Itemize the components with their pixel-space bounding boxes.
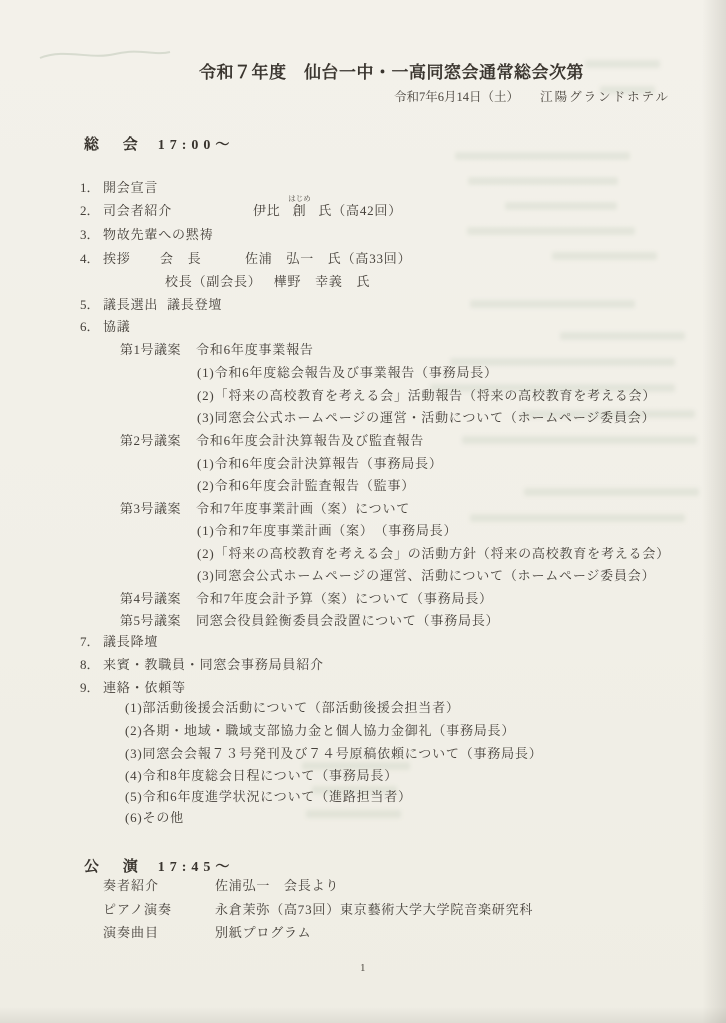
- item-label: 開会宣言: [103, 180, 158, 195]
- bleed-through-ghost: [467, 227, 635, 235]
- item-number: 8．: [80, 657, 103, 673]
- agenda-item: 6．協議: [80, 319, 131, 335]
- person-name: 樺野 幸義 氏: [274, 274, 371, 289]
- item-label: 来賓・教職員・同窓会事務局員紹介: [103, 657, 324, 672]
- agenda-item: 3．物故先輩への黙祷: [80, 227, 213, 243]
- person-name: 佐浦 弘一 氏（高33回）: [245, 251, 411, 267]
- name-suffix: 氏（高42回）: [318, 203, 402, 218]
- bleed-through-ghost: [462, 436, 697, 444]
- koen-label: 公 演: [84, 859, 148, 875]
- koen-row-value: 別紙プログラム: [215, 925, 311, 941]
- proposal-sub: (1)令和6年度総会報告及び事業報告（事務局長）: [197, 365, 498, 381]
- item-number: 1．: [80, 180, 103, 196]
- agenda-item: 9．連絡・依頼等: [80, 680, 186, 696]
- item-label: 議長選出: [103, 297, 158, 312]
- proposal-title: 同窓会役員銓衡委員会設置について（事務局長）: [196, 613, 499, 629]
- agenda-subitem: 校長（副会長） 樺野 幸義 氏: [165, 274, 370, 290]
- item-label: 挨拶: [103, 251, 131, 266]
- agenda-item: 1．開会宣言: [80, 180, 158, 196]
- given-name: 創: [293, 203, 307, 218]
- notice-item: (4)令和8年度総会日程について（事務局長）: [125, 768, 398, 784]
- agenda-item: 4．挨拶 会 長 佐浦 弘一 氏（高33回）: [80, 251, 131, 267]
- name-with-furigana: はじめ創: [293, 203, 307, 219]
- surname: 伊比: [253, 203, 281, 218]
- notice-item: (2)各期・地域・職域支部協力金と個人協力金御礼（事務局長）: [125, 723, 515, 739]
- agenda-item: 2．司会者紹介 伊比はじめ創氏（高42回）: [80, 203, 172, 219]
- koen-row: 奏者紹介 佐浦弘一 会長より: [103, 878, 159, 894]
- furigana: はじめ: [288, 194, 311, 203]
- koen-row-label: 演奏曲目: [103, 925, 159, 940]
- koen-row-value: 永倉茉弥（高73回）東京藝術大学大学院音楽研究科: [215, 902, 533, 918]
- bleed-through-ghost: [455, 152, 630, 160]
- pencil-mark: [35, 40, 175, 70]
- item-number: 6．: [80, 319, 103, 335]
- proposal-title: 令和7年度事業計画（案）について: [196, 501, 410, 517]
- proposal-sub: (1)令和6年度会計決算報告（事務局長）: [197, 456, 443, 472]
- bleed-through-ghost: [552, 252, 657, 260]
- sokai-time: 17:00～: [158, 138, 235, 153]
- notice-item: (6)その他: [125, 810, 184, 826]
- bleed-through-ghost: [585, 60, 660, 68]
- person-name: 伊比はじめ創氏（高42回）: [253, 203, 402, 219]
- proposal-title: 令和6年度会計決算報告及び監査報告: [196, 433, 424, 449]
- item-number: 3．: [80, 227, 103, 243]
- koen-row: 演奏曲目 別紙プログラム: [103, 925, 159, 941]
- bleed-through-ghost: [306, 810, 401, 818]
- proposal-number: 第1号議案: [120, 342, 181, 358]
- date-venue-line: 令和7年6月14日（土） 江陽グランドホテル: [394, 87, 670, 105]
- item-label: 物故先輩への黙祷: [103, 227, 213, 242]
- page-number: 1: [360, 962, 366, 974]
- item-label: 議長降壇: [103, 634, 158, 649]
- bleed-through-ghost: [468, 177, 618, 185]
- koen-row: ピアノ演奏 永倉茉弥（高73回）東京藝術大学大学院音楽研究科: [103, 902, 172, 918]
- proposal-sub: (2)令和6年度会計監査報告（監事）: [197, 478, 415, 494]
- notice-item: (1)部活動後援会活動について（部活動後援会担当者）: [125, 700, 460, 716]
- agenda-item: 8．来賓・教職員・同窓会事務局員紹介: [80, 657, 324, 673]
- section-heading-koen: 公 演 17:45～: [84, 855, 234, 876]
- koen-row-value: 佐浦弘一 会長より: [215, 878, 339, 894]
- proposal-number: 第3号議案: [120, 501, 181, 517]
- proposal-sub: (3)同窓会公式ホームページの運営・活動について（ホームページ委員会）: [197, 410, 655, 426]
- proposal-row: 第2号議案 令和6年度会計決算報告及び監査報告: [120, 433, 181, 449]
- item-label: 連絡・依頼等: [103, 680, 186, 695]
- proposal-sub: (1)令和7年度事業計画（案） （事務局長）: [197, 523, 457, 539]
- page-title: 令和７年度 仙台一中・一高同窓会通常総会次第: [199, 58, 584, 83]
- proposal-title: 令和7年度会計予算（案）について（事務局長）: [196, 591, 493, 607]
- section-heading-sokai: 総 会 17:00～: [84, 133, 234, 154]
- agenda-item: 7．議長降壇: [80, 634, 158, 650]
- item-label: 協議: [103, 319, 131, 334]
- koen-row-label: ピアノ演奏: [103, 902, 172, 917]
- proposal-number: 第2号議案: [120, 433, 181, 449]
- item-label: 司会者紹介: [103, 203, 172, 218]
- proposal-row: 第5号議案 同窓会役員銓衡委員会設置について（事務局長）: [120, 613, 181, 629]
- koen-row-label: 奏者紹介: [103, 878, 159, 893]
- meeting-date: 令和7年6月14日（土）: [394, 90, 519, 104]
- notice-item: (3)同窓会会報７３号発刊及び７４号原稿依頼について（事務局長）: [125, 746, 543, 762]
- proposal-number: 第5号議案: [120, 613, 181, 629]
- proposal-sub: (3)同窓会公式ホームページの運営、活動について（ホームページ委員会）: [197, 568, 655, 584]
- proposal-title: 令和6年度事業報告: [196, 342, 314, 358]
- sokai-label: 総 会: [84, 137, 148, 153]
- bleed-through-ghost: [505, 202, 617, 210]
- proposal-number: 第4号議案: [120, 591, 181, 607]
- item-number: 4．: [80, 251, 103, 267]
- bleed-through-ghost: [524, 488, 699, 496]
- speaker-role: 会 長: [160, 251, 201, 267]
- proposal-row: 第4号議案 令和7年度会計予算（案）について（事務局長）: [120, 591, 181, 607]
- item-number: 2．: [80, 203, 103, 219]
- bleed-through-ghost: [470, 514, 685, 522]
- item-number: 7．: [80, 634, 103, 650]
- notice-item: (5)令和6年度進学状況について（進路担当者）: [125, 789, 412, 805]
- scanned-document-page: 令和７年度 仙台一中・一高同窓会通常総会次第 令和7年6月14日（土） 江陽グラ…: [0, 0, 726, 1023]
- speaker-role: 校長（副会長）: [165, 274, 262, 289]
- meeting-venue: 江陽グランドホテル: [540, 90, 670, 104]
- bleed-through-ghost: [470, 300, 635, 308]
- proposal-sub: (2)「将来の高校教育を考える会」の活動方針（将来の高校教育を考える会）: [197, 546, 670, 562]
- bleed-through-ghost: [560, 332, 685, 340]
- proposal-row: 第1号議案 令和6年度事業報告: [120, 342, 181, 358]
- proposal-row: 第3号議案 令和7年度事業計画（案）について: [120, 501, 181, 517]
- proposal-sub: (2)「将来の高校教育を考える会」活動報告（将来の高校教育を考える会）: [197, 388, 656, 404]
- item-number: 9．: [80, 680, 103, 696]
- koen-time: 17:45～: [158, 860, 235, 875]
- item-note: 議長登壇: [167, 297, 222, 313]
- agenda-item: 5．議長選出 議長登壇: [80, 297, 158, 313]
- item-number: 5．: [80, 297, 103, 313]
